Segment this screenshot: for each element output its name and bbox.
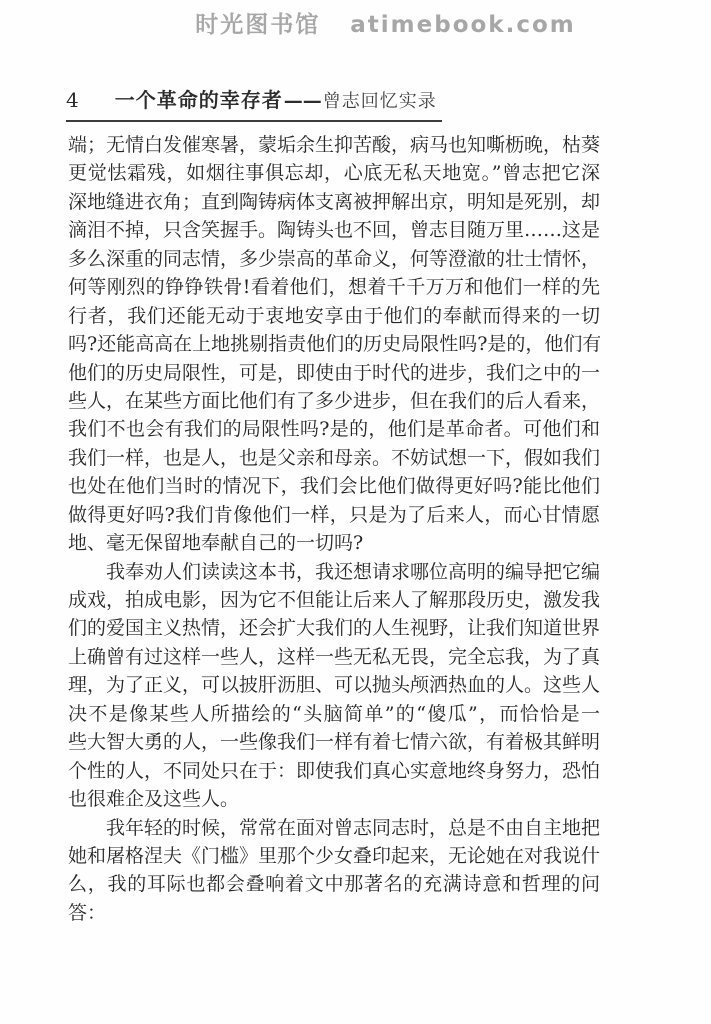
text-line: 地、毫无保留地奉献自己的一切吗? xyxy=(68,529,600,557)
text-line: 也很难企及这些人。 xyxy=(68,785,600,813)
paragraph-3: 我年轻的时候，常常在面对曾志同志时，总是不由自主地把她和屠格涅夫《门槛》里那个少… xyxy=(68,814,600,928)
text-line: 我们不也会有我们的局限性吗?是的，他们是革命者。可他们和 xyxy=(68,415,600,443)
text-line: 么，我的耳际也都会叠响着文中那著名的充满诗意和哲理的问 xyxy=(68,870,600,898)
text-line: 多么深重的同志情，多少崇高的革命义，何等澄澈的壮士情怀， xyxy=(68,245,600,273)
book-subtitle: 曾志回忆实录 xyxy=(323,87,437,113)
text-line: 何等刚烈的铮铮铁骨!看着他们，想着千千万万和他们一样的先 xyxy=(68,273,600,301)
watermark: 时光图书馆 atimebook.com xyxy=(0,6,711,39)
text-line: 上确曾有过这样一些人，这样一些无私无畏，完全忘我，为了真 xyxy=(68,643,600,671)
watermark-site-url: atimebook.com xyxy=(350,12,575,38)
body-text: 端；无情白发催寒暑，蒙垢余生抑苦酸，病马也知嘶枥晚，枯葵更觉怯霜残，如烟往事俱忘… xyxy=(68,131,600,927)
text-line: 些人，在某些方面比他们有了多少进步，但在我们的后人看来， xyxy=(68,387,600,415)
paragraph-2: 我奉劝人们读读这本书，我还想请求哪位高明的编导把它编成戏，拍成电影，因为它不但能… xyxy=(68,558,600,814)
text-line: 她和屠格涅夫《门槛》里那个少女叠印起来，无论她在对我说什 xyxy=(68,842,600,870)
text-line: 更觉怯霜残，如烟往事俱忘却，心底无私天地宽。”曾志把它深 xyxy=(68,159,600,187)
watermark-spacer xyxy=(330,12,340,38)
scanned-book-page: 时光图书馆 atimebook.com 4 一个革命的幸存者 —— 曾志回忆实录… xyxy=(0,0,711,1024)
page-number: 4 xyxy=(66,88,79,112)
text-line: 我奉劝人们读读这本书，我还想请求哪位高明的编导把它编 xyxy=(68,558,600,586)
text-line: 成戏，拍成电影，因为它不但能让后来人了解那段历史，激发我 xyxy=(68,586,600,614)
text-line: 深地缝进衣角；直到陶铸病体支离被押解出京，明知是死别，却 xyxy=(68,188,600,216)
text-line: 些大智大勇的人，一些像我们一样有着七情六欲，有着极其鲜明 xyxy=(68,728,600,756)
text-line: 答： xyxy=(68,899,600,927)
text-line: 我年轻的时候，常常在面对曾志同志时，总是不由自主地把 xyxy=(68,814,600,842)
running-head: 4 一个革命的幸存者 —— 曾志回忆实录 xyxy=(66,84,442,122)
text-line: 个性的人，不同处只在于：即使我们真心实意地终身努力，恐怕 xyxy=(68,757,600,785)
text-line: 们的爱国主义热情，还会扩大我们的人生视野，让我们知道世界 xyxy=(68,614,600,642)
text-line: 做得更好吗?我们肯像他们一样，只是为了后来人，而心甘情愿 xyxy=(68,501,600,529)
text-line: 行者，我们还能无动于衷地安享由于他们的奉献而得来的一切 xyxy=(68,302,600,330)
text-line: 也处在他们当时的情况下，我们会比他们做得更好吗?能比他们 xyxy=(68,472,600,500)
text-line: 决不是像某些人所描绘的“头脑简单”的“傻瓜”，而恰恰是一 xyxy=(68,700,600,728)
text-line: 端；无情白发催寒暑，蒙垢余生抑苦酸，病马也知嘶枥晚，枯葵 xyxy=(68,131,600,159)
watermark-site-name: 时光图书馆 xyxy=(195,12,320,38)
text-line: 他们的历史局限性，可是，即使由于时代的进步，我们之中的一 xyxy=(68,359,600,387)
text-line: 滴泪不掉，只含笑握手。陶铸头也不回，曾志目随万里……这是 xyxy=(68,216,600,244)
text-line: 理，为了正义，可以披肝沥胆、可以抛头颅洒热血的人。这些人 xyxy=(68,671,600,699)
paragraph-1: 端；无情白发催寒暑，蒙垢余生抑苦酸，病马也知嘶枥晚，枯葵更觉怯霜残，如烟往事俱忘… xyxy=(68,131,600,558)
book-title: 一个革命的幸存者 xyxy=(115,84,283,113)
title-dash: —— xyxy=(284,90,322,112)
text-line: 吗?还能高高在上地挑剔指责他们的历史局限性吗?是的，他们有 xyxy=(68,330,600,358)
text-line: 我们一样，也是人，也是父亲和母亲。不妨试想一下，假如我们 xyxy=(68,444,600,472)
